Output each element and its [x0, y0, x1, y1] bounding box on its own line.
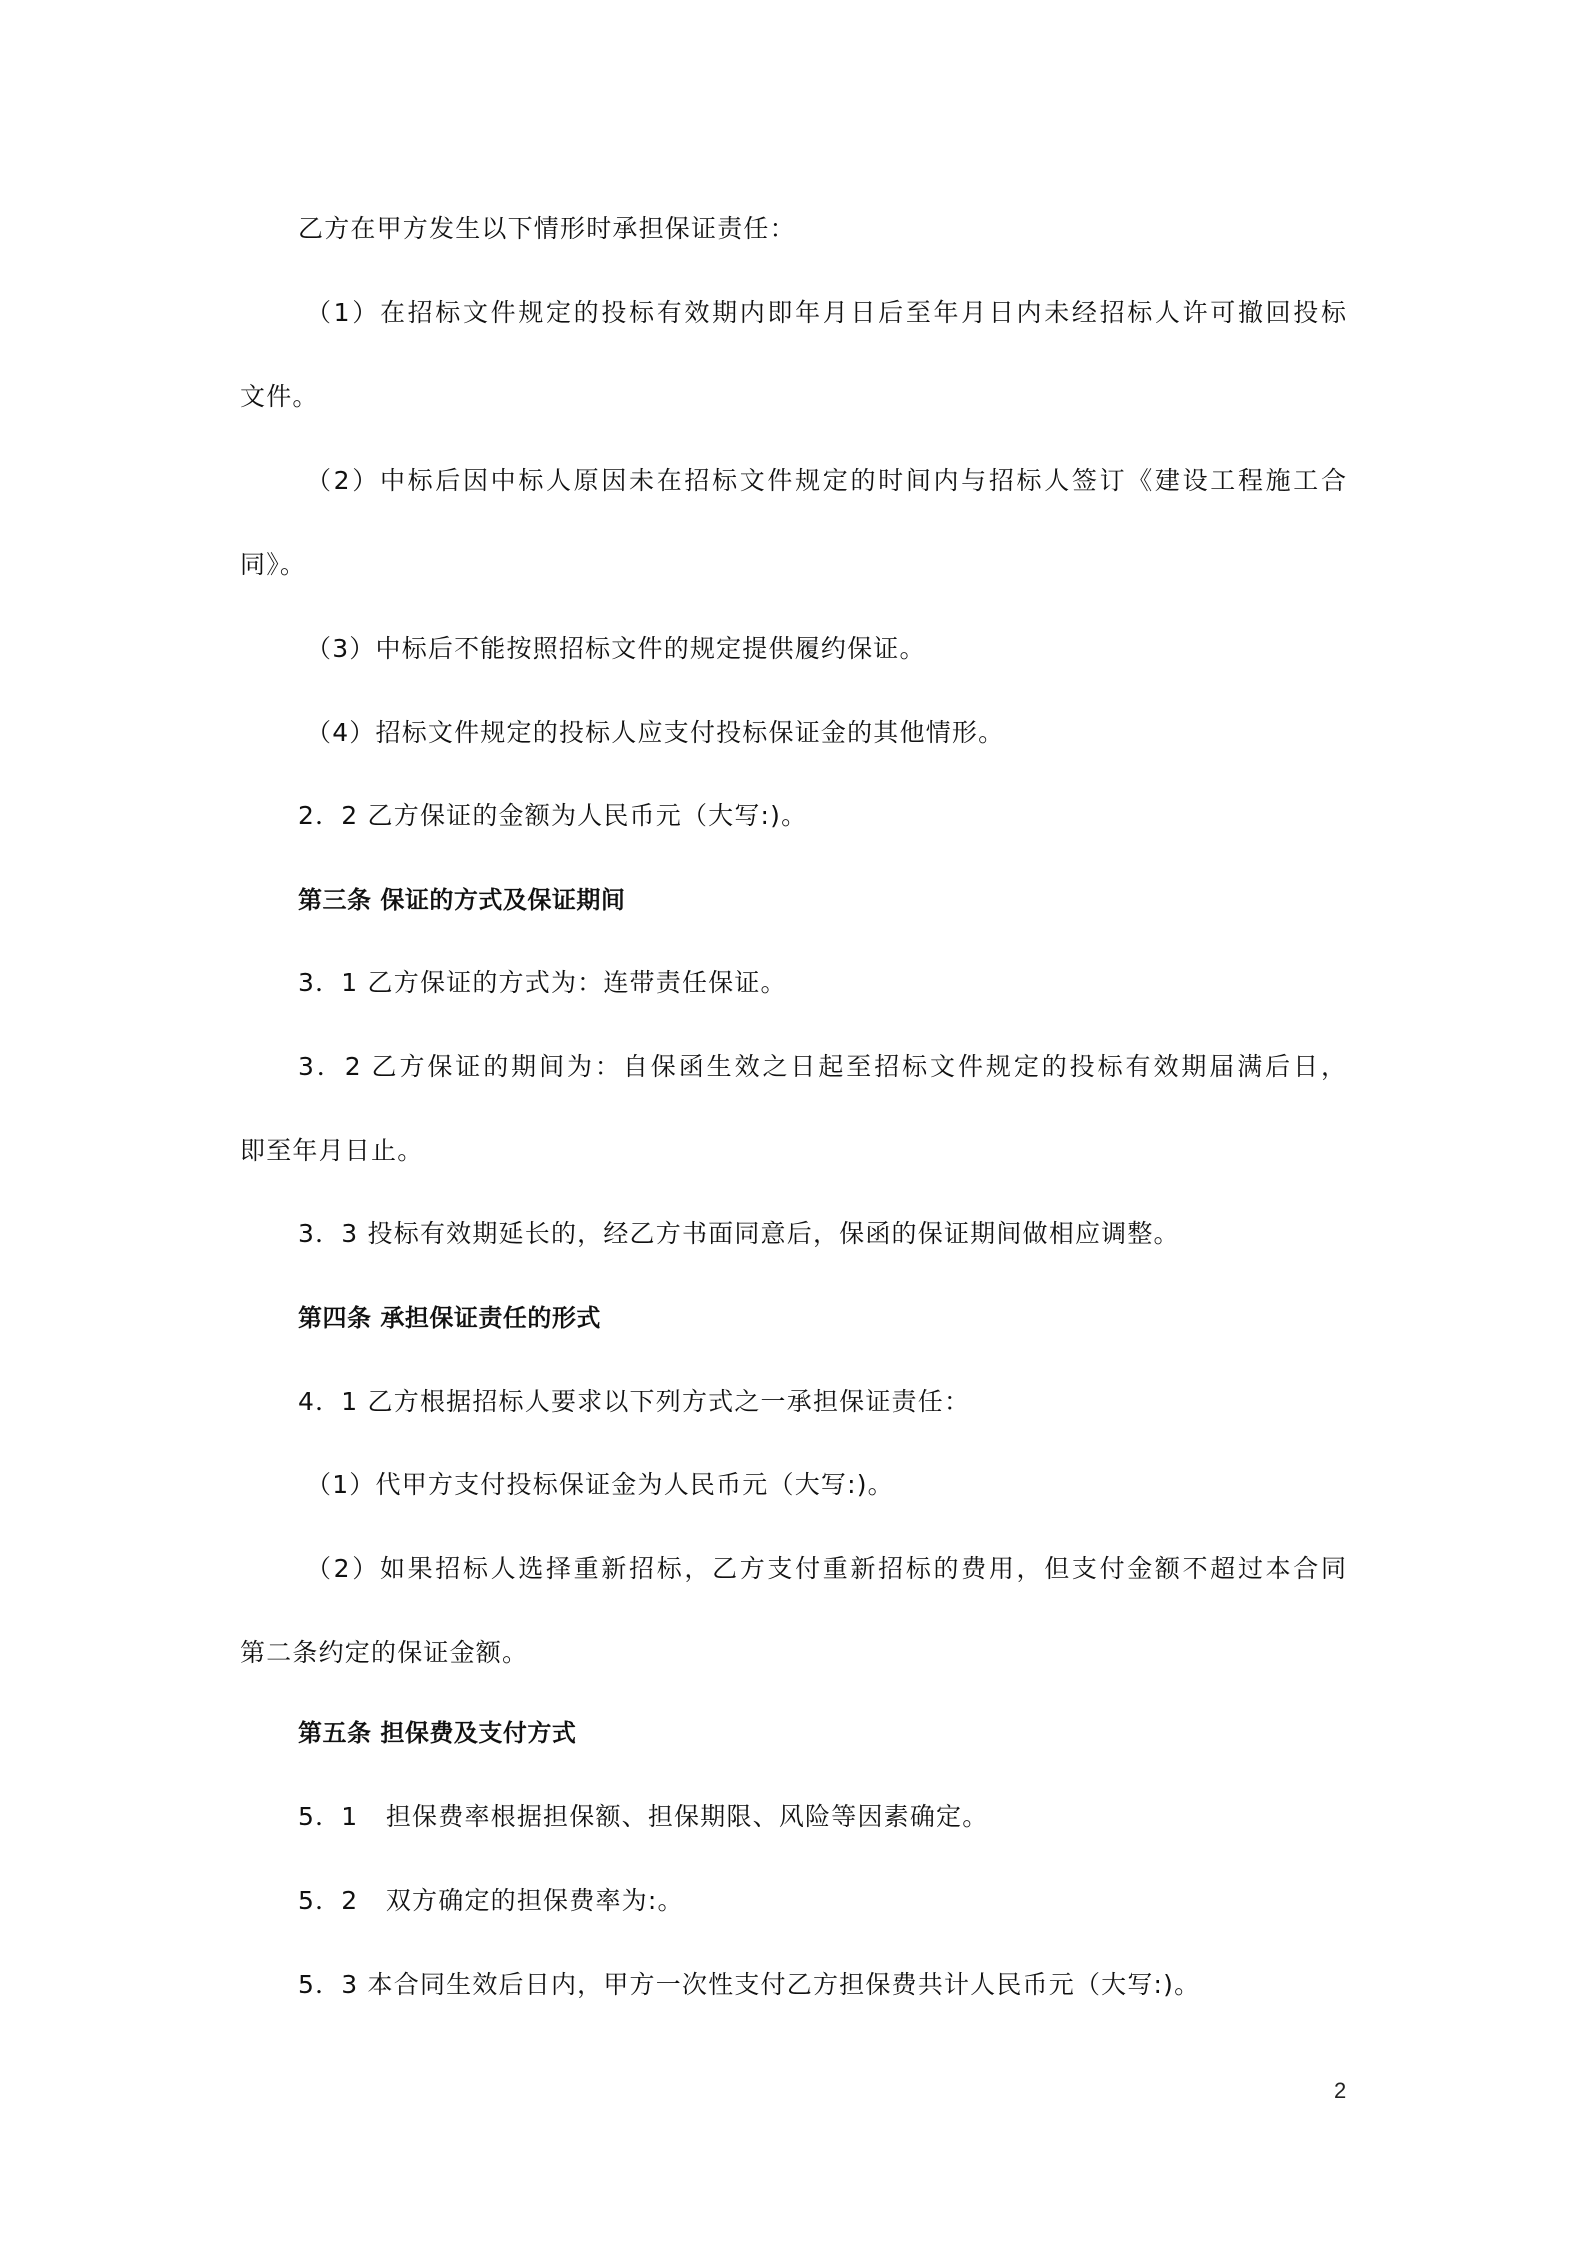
- paragraph-item-3: （3）中标后不能按照招标文件的规定提供履约保证。: [306, 632, 926, 666]
- clause-3-1: 3．1 乙方保证的方式为：连带责任保证。: [298, 966, 787, 1000]
- clause-5-1: 5．1 担保费率根据担保额、担保期限、风险等因素确定。: [298, 1800, 988, 1834]
- document-page: 乙方在甲方发生以下情形时承担保证责任： （1）在招标文件规定的投标有效期内即年月…: [0, 0, 1586, 2244]
- clause-3-3: 3．3 投标有效期延长的，经乙方书面同意后，保函的保证期间做相应调整。: [298, 1217, 1180, 1251]
- heading-article-3: 第三条 保证的方式及保证期间: [298, 883, 625, 917]
- paragraph-item-4: （4）招标文件规定的投标人应支付投标保证金的其他情形。: [306, 716, 1004, 750]
- clause-4-1-item-1: （1）代甲方支付投标保证金为人民币元（大写:)。: [306, 1468, 894, 1502]
- clause-3-2-continued: 即至年月日止。: [240, 1134, 423, 1168]
- paragraph-item-1-continued: 文件。: [240, 380, 319, 414]
- clause-4-1: 4．1 乙方根据招标人要求以下列方式之一承担保证责任：: [298, 1385, 970, 1419]
- page-number: 2: [1334, 2076, 1346, 2106]
- clause-5-2: 5．2 双方确定的担保费率为:。: [298, 1884, 684, 1918]
- paragraph-item-2: （2）中标后因中标人原因未在招标文件规定的时间内与招标人签订《建设工程施工合: [306, 464, 1346, 498]
- clause-5-3: 5．3 本合同生效后日内，甲方一次性支付乙方担保费共计人民币元（大写:)。: [298, 1968, 1200, 2002]
- heading-article-4: 第四条 承担保证责任的形式: [298, 1301, 601, 1335]
- paragraph-item-2-continued: 同》。: [240, 548, 306, 582]
- clause-2-2: 2．2 乙方保证的金额为人民币元（大写:)。: [298, 799, 807, 833]
- clause-3-2: 3．2 乙方保证的期间为：自保函生效之日起至招标文件规定的投标有效期届满后日，: [298, 1050, 1346, 1084]
- paragraph-item-1: （1）在招标文件规定的投标有效期内即年月日后至年月日内未经招标人许可撤回投标: [306, 296, 1346, 330]
- clause-4-1-item-2: （2）如果招标人选择重新招标，乙方支付重新招标的费用，但支付金额不超过本合同: [306, 1552, 1346, 1586]
- paragraph-intro: 乙方在甲方发生以下情形时承担保证责任：: [298, 212, 796, 246]
- heading-article-5: 第五条 担保费及支付方式: [298, 1716, 576, 1750]
- clause-4-1-item-2-continued: 第二条约定的保证金额。: [240, 1636, 528, 1670]
